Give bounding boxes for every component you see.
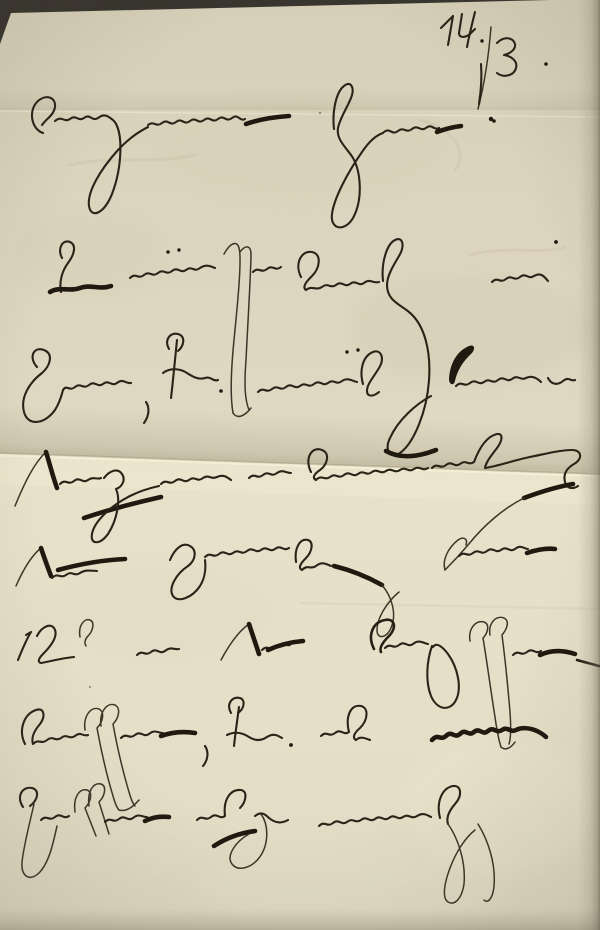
letter-canvas: 14./3. Geehrter Herr! In nächs [0,0,600,930]
photo-vignette [0,0,600,930]
letter-photograph: 14./3. Geehrter Herr! In nächs [0,0,600,930]
